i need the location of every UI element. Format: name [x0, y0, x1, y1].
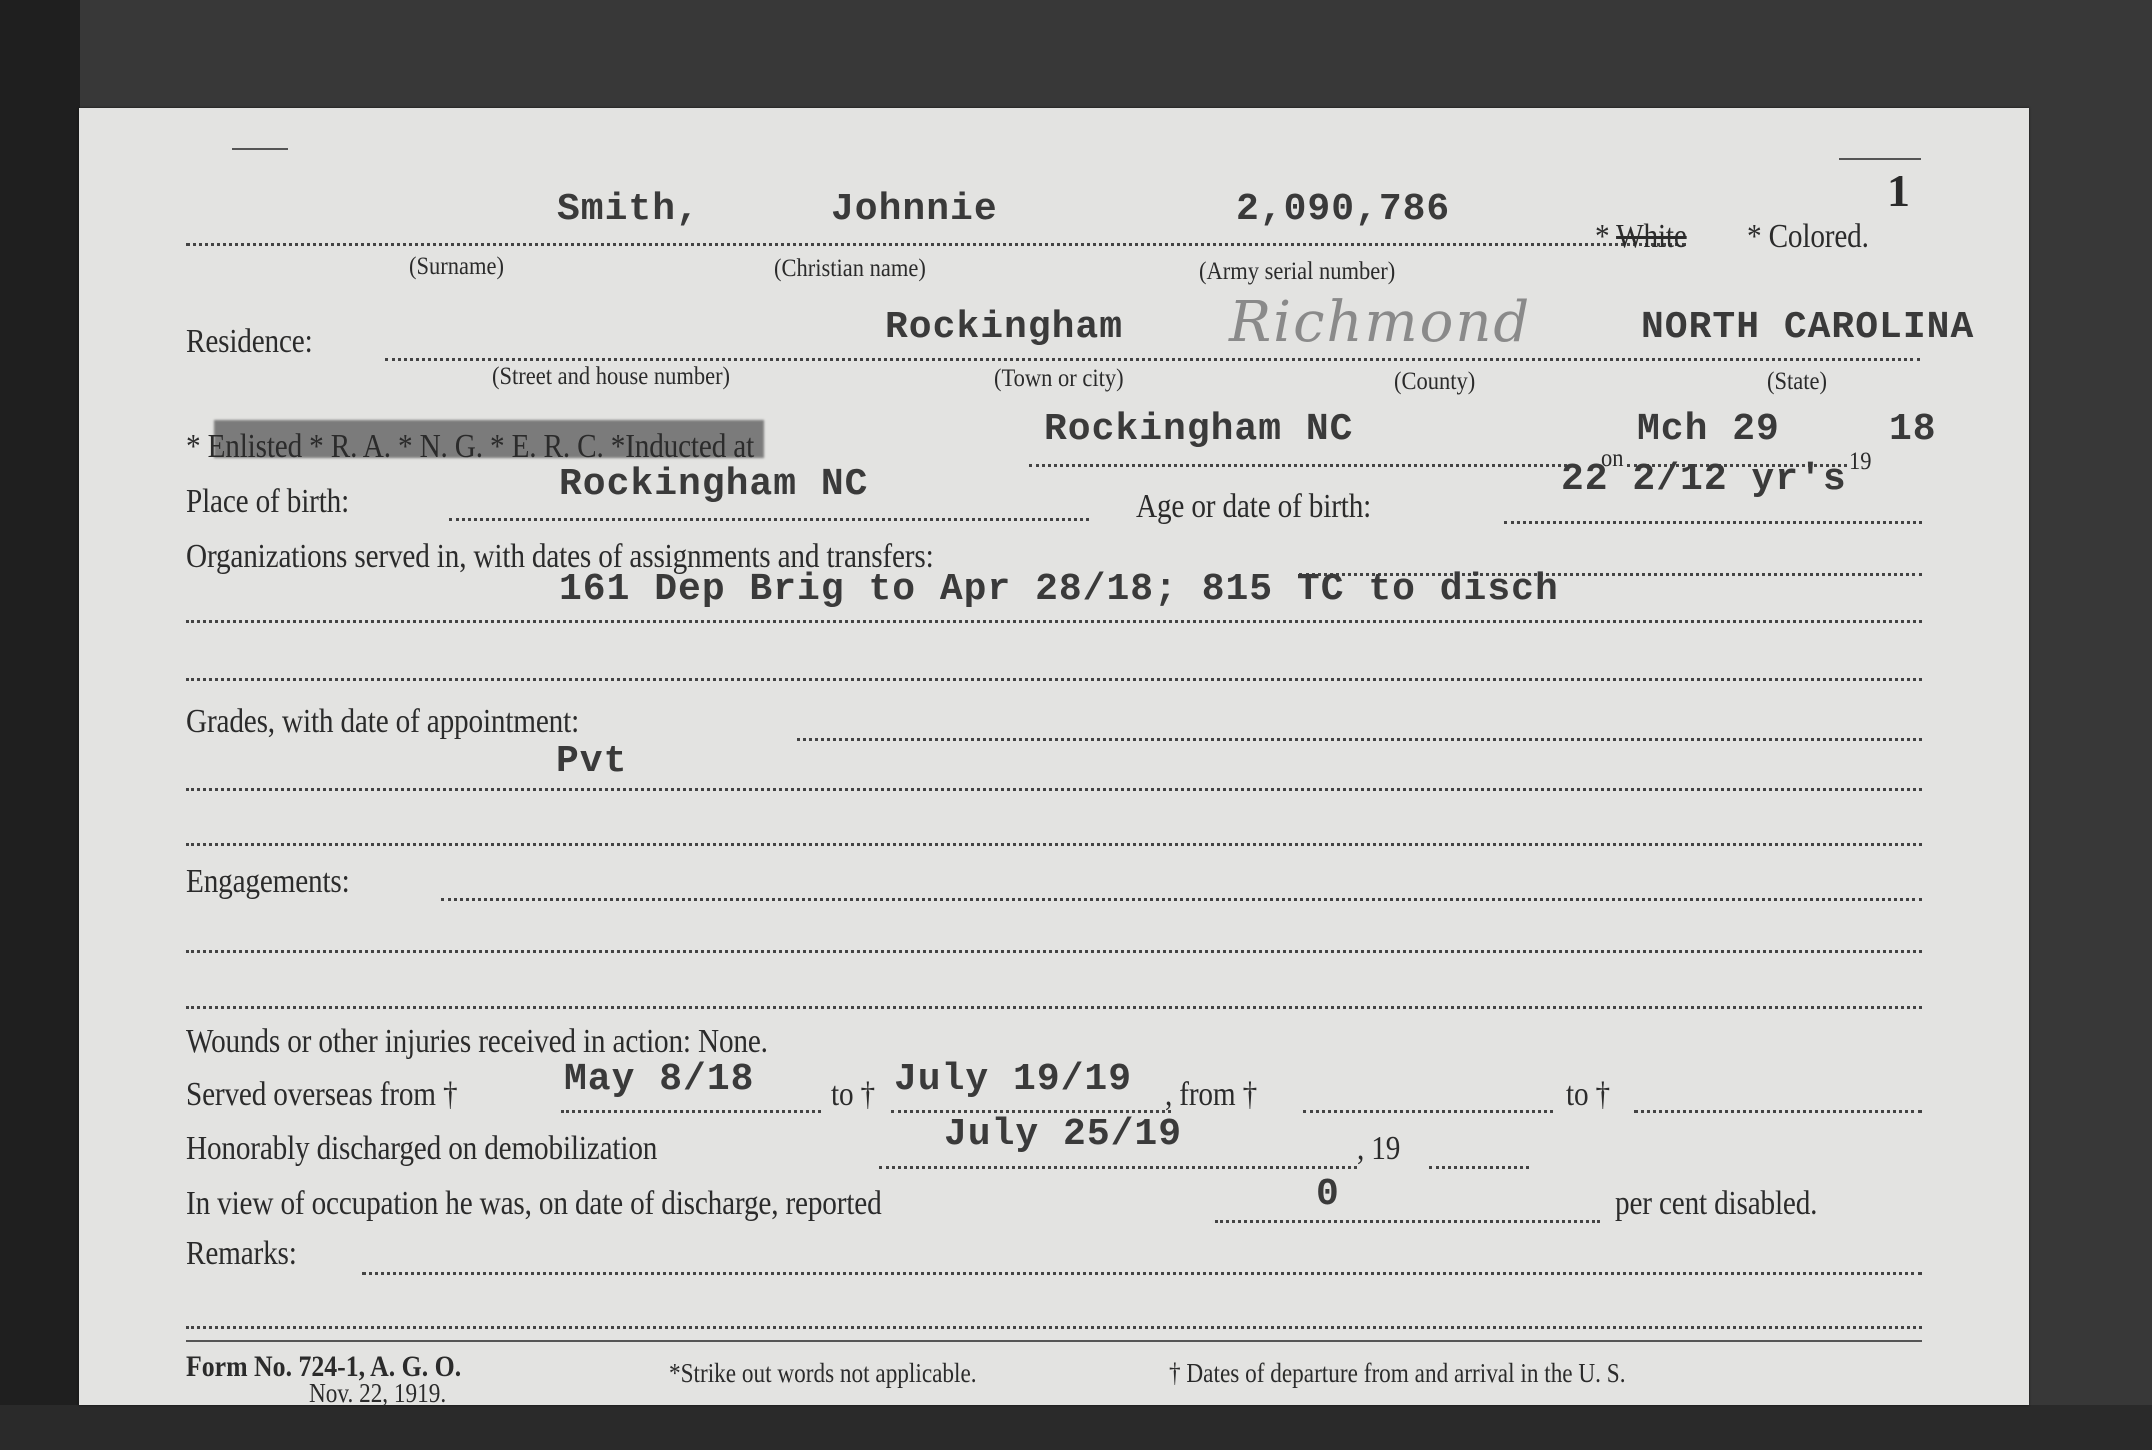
inducted-date-value: Mch 29: [1637, 408, 1780, 451]
organizations-value: 161 Dep Brig to Apr 28/18; 815 TC to dis…: [559, 568, 1559, 611]
form-date: Nov. 22, 1919.: [309, 1378, 446, 1409]
organizations-line-2: [186, 620, 1922, 623]
engagements-line-2: [186, 950, 1922, 953]
remarks-line-1: [362, 1272, 1922, 1275]
state-label: (State): [1767, 368, 1827, 396]
christian-name-value: Johnnie: [831, 188, 998, 231]
discharged-date-value: July 25/19: [944, 1113, 1182, 1156]
street-label: (Street and house number): [492, 363, 730, 391]
place-of-birth-label: Place of birth:: [186, 483, 349, 521]
residence-label: Residence:: [186, 323, 313, 361]
remarks-label: Remarks:: [186, 1235, 297, 1273]
discharged-line: [879, 1166, 1357, 1169]
wounds-label: Wounds or other injuries received in act…: [186, 1023, 768, 1061]
serial-number-label: (Army serial number): [1199, 258, 1395, 286]
scanner-edge-left: [0, 0, 80, 1450]
discharged-year-label: , 19: [1357, 1130, 1400, 1168]
overseas-to-label: to †: [831, 1076, 875, 1114]
discharged-year-line: [1429, 1166, 1529, 1169]
serial-number-value: 2,090,786: [1236, 188, 1450, 231]
card-number-rule: [1839, 158, 1921, 160]
overseas-from-value: May 8/18: [564, 1058, 754, 1101]
overseas-from2-line: [1303, 1110, 1553, 1113]
organizations-line-3: [186, 678, 1922, 681]
overseas-to-value: July 19/19: [894, 1058, 1132, 1101]
christian-name-label: (Christian name): [774, 255, 926, 283]
grades-line-2: [186, 788, 1922, 791]
inducted-at-line: [1029, 464, 1574, 467]
residence-county-value: Richmond: [1229, 290, 1531, 355]
grades-line-1: [797, 738, 1922, 741]
engagements-label: Engagements:: [186, 863, 350, 901]
name-line: [186, 243, 1686, 246]
inducted-at-value: Rockingham NC: [1044, 408, 1353, 451]
inducted-year-value: 18: [1889, 408, 1937, 451]
surname-label: (Surname): [409, 253, 504, 281]
age-label: Age or date of birth:: [1136, 488, 1371, 526]
scanner-edge-bottom: [0, 1405, 2152, 1450]
discharged-label: Honorably discharged on demobilization: [186, 1130, 657, 1168]
card-number: 1: [1887, 164, 1910, 217]
served-overseas-label: Served overseas from †: [186, 1076, 457, 1114]
disabled-percent-line: [1215, 1220, 1600, 1223]
dates-note: † Dates of departure from and arrival in…: [1169, 1358, 1626, 1389]
race-option-colored: * Colored.: [1747, 218, 1869, 256]
footer-rule: [186, 1340, 1922, 1342]
surname-value: Smith,: [557, 188, 700, 231]
place-of-birth-value: Rockingham NC: [559, 463, 868, 506]
age-line: [1504, 521, 1922, 524]
strike-out-note: *Strike out words not applicable.: [669, 1358, 977, 1389]
grades-line-3: [186, 843, 1922, 846]
residence-state-value: NORTH CAROLINA: [1641, 306, 1974, 349]
overseas-to2-line: [1634, 1110, 1922, 1113]
per-cent-label: per cent disabled.: [1615, 1185, 1817, 1223]
grades-label: Grades, with date of appointment:: [186, 703, 579, 741]
race-option-white: * White: [1595, 218, 1687, 256]
overseas-to2-label: to †: [1566, 1076, 1610, 1114]
occupation-label: In view of occupation he was, on date of…: [186, 1185, 882, 1223]
age-value: 22 2/12 yr's: [1561, 458, 1847, 501]
residence-town-value: Rockingham: [885, 306, 1123, 349]
residence-line: [385, 358, 1920, 361]
grades-value: Pvt: [556, 740, 627, 783]
year-prefix-label: 19: [1849, 448, 1872, 476]
overseas-from2-label: , from †: [1165, 1076, 1257, 1114]
service-record-card: 1 Smith, Johnnie 2,090,786 * White * Col…: [79, 108, 2029, 1405]
overseas-from-line: [561, 1110, 821, 1113]
engagements-line-1: [441, 898, 1922, 901]
corner-mark: [232, 148, 288, 150]
engagements-line-3: [186, 1006, 1922, 1009]
county-label: (County): [1394, 368, 1475, 396]
place-of-birth-line: [449, 518, 1089, 521]
town-label: (Town or city): [994, 365, 1124, 393]
disabled-percent-value: 0: [1316, 1173, 1340, 1216]
remarks-line-2: [186, 1326, 1922, 1329]
enlisted-inducted-label: * Enlisted * R. A. * N. G. * E. R. C. *I…: [186, 428, 754, 466]
